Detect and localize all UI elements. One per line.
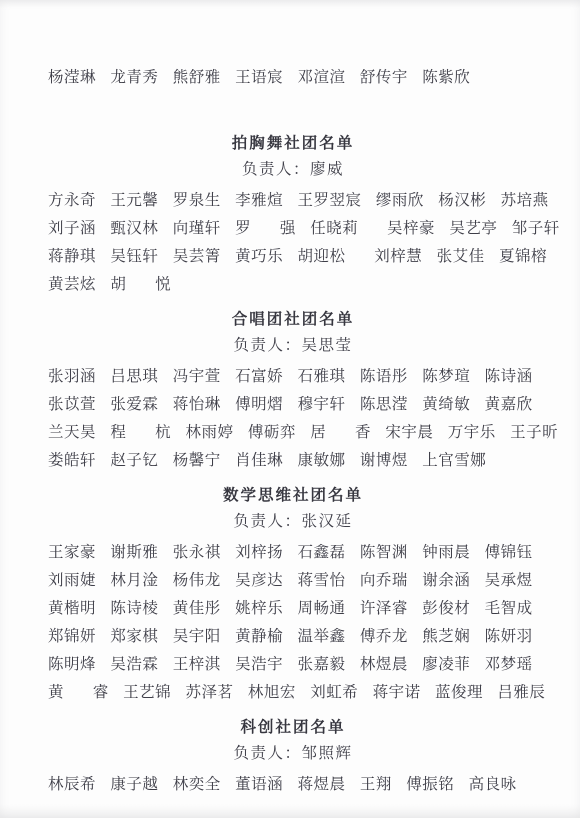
member-names-row: 刘子涵 甄汉林 向瑾轩 罗 强 任晓莉 吴梓豪 吴艺亭 邹子轩 bbox=[48, 215, 538, 243]
member-names-row: 陈明烽 吴浩霖 王梓淇 吴浩宇 张嘉毅 林煜晨 廖凌菲 邓梦瑶 bbox=[48, 651, 538, 679]
section-leader: 负责人：张汉延 bbox=[48, 511, 538, 533]
section-leader: 负责人：廖威 bbox=[48, 159, 538, 181]
member-list: 王家豪 谢斯雅 张永祺 刘梓扬 石鑫磊 陈智渊 钟雨晨 傅锦钰 刘雨婕 林月淦 … bbox=[48, 539, 538, 707]
section-leader: 负责人：邹照辉 bbox=[48, 743, 538, 765]
scan-edge-shadow-bottom bbox=[0, 804, 580, 818]
member-names-row: 刘雨婕 林月淦 杨伟龙 吴彦达 蒋雪怡 向乔瑞 谢余涵 吴承煜 bbox=[48, 567, 538, 595]
section-tech-innovation-club: 科创社团名单 负责人：邹照辉 林辰希 康子越 林奕全 董语涵 蒋煜晨 王翔 傅振… bbox=[48, 717, 538, 799]
member-names-row-continued: 杨滢琳 龙青秀 熊舒雅 王语宸 邓渲渲 舒传宇 陈紫欣 bbox=[48, 68, 538, 88]
member-names-row: 黄芸炫 胡 悦 bbox=[48, 271, 538, 299]
member-list: 方永奇 王元馨 罗泉生 李雅煊 王罗翌宸 缪雨欣 杨汉彬 苏培燕 刘子涵 甄汉林… bbox=[48, 187, 538, 299]
section-title: 科创社团名单 bbox=[48, 717, 538, 739]
member-names-row: 娄皓轩 赵子钇 杨馨宁 肖佳琳 康敏娜 谢博煜 上官雪娜 bbox=[48, 447, 538, 475]
member-list: 张羽涵 吕思琪 冯宇萱 石富娇 石雅琪 陈语彤 陈梦瑄 陈诗涵 张苡萱 张爱霖 … bbox=[48, 363, 538, 475]
member-names-row: 蒋静琪 吴钰轩 吴芸箐 黄巧乐 胡迎松 刘梓慧 张艾佳 夏锦榕 bbox=[48, 243, 538, 271]
member-names-row: 方永奇 王元馨 罗泉生 李雅煊 王罗翌宸 缪雨欣 杨汉彬 苏培燕 bbox=[48, 187, 538, 215]
member-names-row: 林辰希 康子越 林奕全 董语涵 蒋煜晨 王翔 傅振铭 高良咏 bbox=[48, 771, 538, 799]
section-choir-club: 合唱团社团名单 负责人：吴思莹 张羽涵 吕思琪 冯宇萱 石富娇 石雅琪 陈语彤 … bbox=[48, 309, 538, 475]
section-paixiongwu-club: 拍胸舞社团名单 负责人：廖威 方永奇 王元馨 罗泉生 李雅煊 王罗翌宸 缪雨欣 … bbox=[48, 133, 538, 299]
member-names-row: 黄楷明 陈诗棱 黄佳彤 姚梓乐 周畅通 许泽睿 彭俊材 毛智成 bbox=[48, 595, 538, 623]
member-names-row: 王家豪 谢斯雅 张永祺 刘梓扬 石鑫磊 陈智渊 钟雨晨 傅锦钰 bbox=[48, 539, 538, 567]
member-list: 林辰希 康子越 林奕全 董语涵 蒋煜晨 王翔 傅振铭 高良咏 bbox=[48, 771, 538, 799]
section-title: 数学思维社团名单 bbox=[48, 485, 538, 507]
scan-edge-shadow-top bbox=[0, 0, 580, 8]
member-names-row: 黄 睿 王艺锦 苏泽茗 林旭宏 刘虹希 蒋宇诺 蓝俊理 吕雅辰 bbox=[48, 679, 538, 707]
section-math-thinking-club: 数学思维社团名单 负责人：张汉延 王家豪 谢斯雅 张永祺 刘梓扬 石鑫磊 陈智渊… bbox=[48, 485, 538, 707]
member-names-row: 兰天昊 程 杭 林雨婷 傅砺弈 居 香 宋宇晨 万宇乐 王子昕 bbox=[48, 419, 538, 447]
scanned-document-page: 杨滢琳 龙青秀 熊舒雅 王语宸 邓渲渲 舒传宇 陈紫欣 拍胸舞社团名单 负责人：… bbox=[0, 0, 580, 818]
section-title: 拍胸舞社团名单 bbox=[48, 133, 538, 155]
section-title: 合唱团社团名单 bbox=[48, 309, 538, 331]
member-names-row: 张羽涵 吕思琪 冯宇萱 石富娇 石雅琪 陈语彤 陈梦瑄 陈诗涵 bbox=[48, 363, 538, 391]
member-names-row: 郑锦妍 郑家棋 吴宇阳 黄静榆 温举鑫 傅乔龙 熊芝娴 陈妍羽 bbox=[48, 623, 538, 651]
member-names-row: 张苡萱 张爱霖 蒋怡琳 傅明熠 穆宇轩 陈思滢 黄绮敏 黄嘉欣 bbox=[48, 391, 538, 419]
section-leader: 负责人：吴思莹 bbox=[48, 335, 538, 357]
